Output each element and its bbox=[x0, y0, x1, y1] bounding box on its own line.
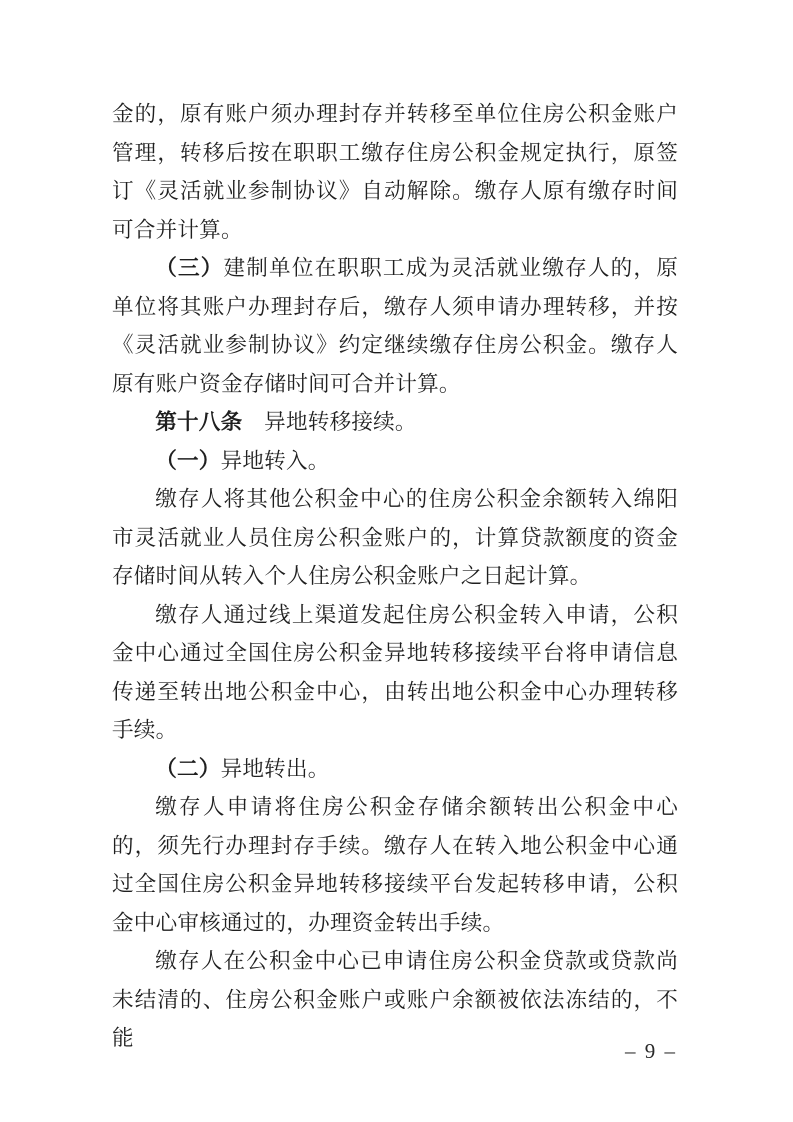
clause-number: （一） bbox=[155, 449, 220, 473]
paragraph: （三）建制单位在职职工成为灵活就业缴存人的，原单位将其账户办理封存后，缴存人须申… bbox=[112, 249, 678, 403]
paragraph-text: 缴存人申请将住房公积金存储余额转出公积金中心的，须先行办理封存手续。缴存人在转入… bbox=[112, 795, 678, 935]
paragraph: 缴存人将其他公积金中心的住房公积金余额转入绵阳市灵活就业人员住房公积金账户的，计… bbox=[112, 480, 678, 596]
paragraph-text: 缴存人通过线上渠道发起住房公积金转入申请，公积金中心通过全国住房公积金异地转移接… bbox=[112, 603, 678, 743]
paragraph: （一）异地转入。 bbox=[112, 442, 678, 481]
paragraph: 第十八条 异地转移接续。 bbox=[112, 403, 678, 442]
paragraph: 缴存人申请将住房公积金存储余额转出公积金中心的，须先行办理封存手续。缴存人在转入… bbox=[112, 788, 678, 942]
paragraph-text: 异地转出。 bbox=[221, 757, 330, 781]
paragraph: 缴存人通过线上渠道发起住房公积金转入申请，公积金中心通过全国住房公积金异地转移接… bbox=[112, 596, 678, 750]
page-number: – 9 – bbox=[625, 1038, 677, 1064]
paragraph-text: 缴存人将其他公积金中心的住房公积金余额转入绵阳市灵活就业人员住房公积金账户的，计… bbox=[112, 487, 678, 588]
paragraph: 缴存人在公积金中心已申请住房公积金贷款或贷款尚未结清的、住房公积金账户或账户余额… bbox=[112, 942, 678, 1058]
article-number: 第十八条 bbox=[155, 410, 242, 434]
paragraph-text: 异地转移接续。 bbox=[242, 410, 416, 434]
document-body: 金的，原有账户须办理封存并转移至单位住房公积金账户管理，转移后按在职职工缴存住房… bbox=[112, 95, 678, 1058]
clause-number: （三） bbox=[155, 256, 223, 280]
paragraph-text: 异地转入。 bbox=[221, 449, 330, 473]
document-page: 金的，原有账户须办理封存并转移至单位住房公积金账户管理，转移后按在职职工缴存住房… bbox=[0, 0, 793, 1122]
paragraph-text: 缴存人在公积金中心已申请住房公积金贷款或贷款尚未结清的、住房公积金账户或账户余额… bbox=[112, 949, 678, 1050]
paragraph: 金的，原有账户须办理封存并转移至单位住房公积金账户管理，转移后按在职职工缴存住房… bbox=[112, 95, 678, 249]
paragraph: （二）异地转出。 bbox=[112, 750, 678, 789]
clause-number: （二） bbox=[155, 757, 220, 781]
paragraph-text: 金的，原有账户须办理封存并转移至单位住房公积金账户管理，转移后按在职职工缴存住房… bbox=[112, 102, 678, 242]
